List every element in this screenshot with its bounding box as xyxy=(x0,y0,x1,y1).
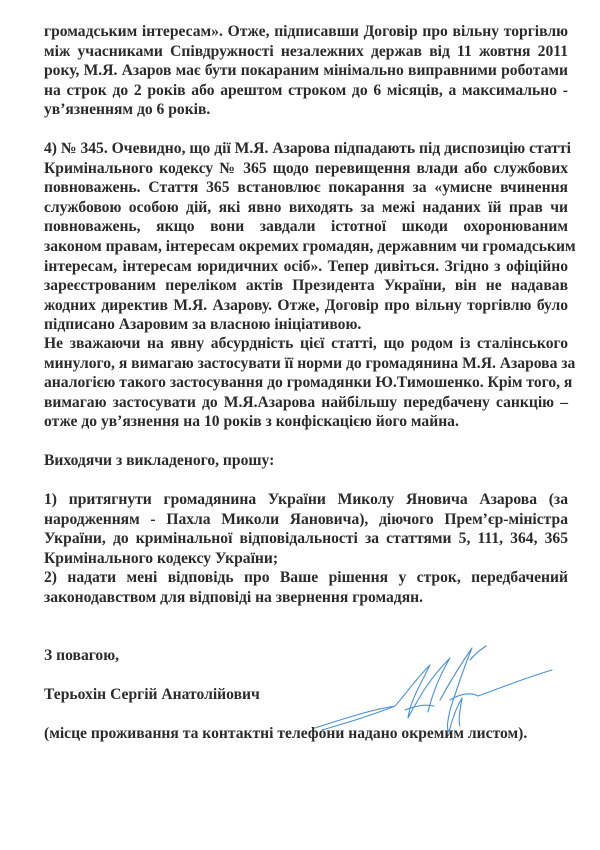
text-line: між учасниками Співдружності незалежних … xyxy=(44,42,568,62)
text-line: ув’язненням до 6 років. xyxy=(44,100,568,120)
paragraph-absurdity: Не зважаючи на явну абсурдність цієї ста… xyxy=(44,334,568,432)
text-line: Не зважаючи на явну абсурдність цієї ста… xyxy=(44,334,568,354)
text-line: Кримінального кодексу № 365 щодо перевищ… xyxy=(44,159,568,179)
paragraph-request-2: 2) надати мені відповідь про Ваше рішенн… xyxy=(44,568,568,607)
text-line: підписано Азаровим за власною ініціативо… xyxy=(44,315,568,335)
paragraph-item-4: 4) № 345. Очевидно, що дії М.Я. Азарова … xyxy=(44,139,568,335)
handwritten-signature-icon xyxy=(300,640,560,735)
text-line: отже до ув’язнення на 10 років з конфіск… xyxy=(44,412,568,432)
text-line: повноважень, якщо вони завдали істотної … xyxy=(44,217,568,237)
paragraph-request-1: 1) притягнути громадянина України Миколу… xyxy=(44,490,568,568)
text-line: 2) надати мені відповідь про Ваше рішенн… xyxy=(44,568,568,588)
text-line: аналогією такого застосування до громадя… xyxy=(44,373,568,393)
text-line: інтересам, інтересам юридичних осіб». Те… xyxy=(44,257,568,277)
text-line: народженням - Пахла Миколи Яановича), ді… xyxy=(44,510,568,530)
text-line: громадським інтересам». Отже, підписавши… xyxy=(44,22,568,42)
text-line: зареєстрованим переліком актів Президент… xyxy=(44,276,568,296)
text-line: жодних директив М.Я. Азарову. Отже, Дого… xyxy=(44,296,568,316)
text-line: Виходячи з викладеного, прошу: xyxy=(44,451,568,471)
text-line: України, до кримінальної відповідальност… xyxy=(44,529,568,549)
text-line: законодавством для відповіді на зверненн… xyxy=(44,588,568,608)
text-line: повноважень. Стаття 365 встановлює покар… xyxy=(44,178,568,198)
text-line: 1) притягнути громадянина України Миколу… xyxy=(44,490,568,510)
text-line: минулого, я вимагаю застосувати її норми… xyxy=(44,354,568,374)
text-line: вимагаю застосувати до М.Я.Азарова найбі… xyxy=(44,393,568,413)
text-line: року, М.Я. Азаров має бути покараним мін… xyxy=(44,61,568,81)
text-line: законом правам, інтересам окремих громад… xyxy=(44,237,568,257)
paragraph-continuation: громадським інтересам». Отже, підписавши… xyxy=(44,22,568,120)
text-line: службовою особою дій, які явно виходять … xyxy=(44,198,568,218)
text-line: на строк до 2 років або арештом строком … xyxy=(44,81,568,101)
text-line: 4) № 345. Очевидно, що дії М.Я. Азарова … xyxy=(44,139,568,159)
text-line: Кримінального кодексу України; xyxy=(44,549,568,569)
paragraph-request-intro: Виходячи з викладеного, прошу: xyxy=(44,451,568,471)
